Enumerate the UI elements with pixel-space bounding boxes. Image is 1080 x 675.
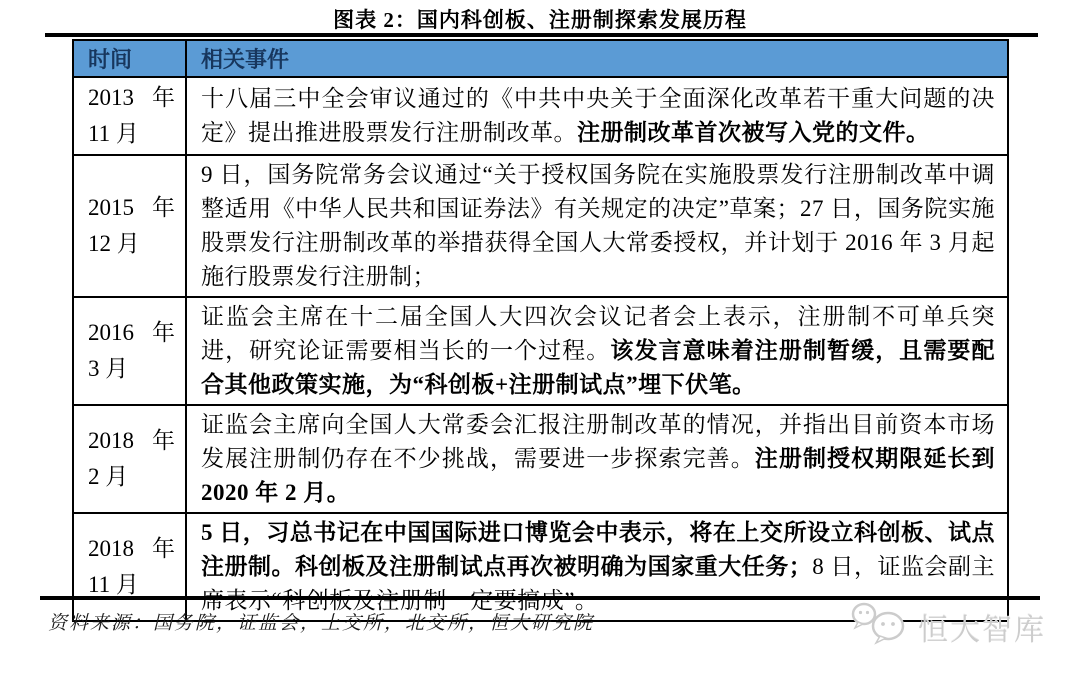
source-note: 资料来源：国务院，证监会，上交所，北交所，恒大研究院 [48, 608, 594, 635]
time-line: 2015 年 [88, 190, 175, 226]
time-line: 2018 年 [88, 423, 175, 459]
table-header-row: 时间 相关事件 [73, 40, 1008, 77]
table-row: 2015 年12 月9 日，国务院常务会议通过“关于授权国务院在实施股票发行注册… [73, 155, 1008, 297]
table-header-event: 相关事件 [186, 40, 1008, 77]
time-line: 3 月 [88, 351, 175, 387]
table-header-time: 时间 [73, 40, 186, 77]
time-line: 12 月 [88, 226, 175, 262]
top-divider [45, 33, 1038, 37]
event-cell: 证监会主席向全国人大常委会汇报注册制改革的情况，并指出目前资本市场发展注册制仍存… [186, 405, 1008, 513]
events-table: 时间 相关事件 2013 年11 月十八届三中全会审议通过的《中共中央关于全面深… [72, 39, 1009, 622]
time-line: 2 月 [88, 459, 175, 495]
time-cell: 2018 年2 月 [73, 405, 186, 513]
table-body: 2013 年11 月十八届三中全会审议通过的《中共中央关于全面深化改革若干重大问… [73, 77, 1008, 621]
brand-logo: 恒大智库 [850, 600, 1046, 653]
event-text-bold: 注册制改革首次被写入党的文件。 [577, 120, 930, 145]
time-cell: 2013 年11 月 [73, 77, 186, 155]
event-cell: 证监会主席在十二届全国人大四次会议记者会上表示，注册制不可单兵突进，研究论证需要… [186, 297, 1008, 405]
table-row: 2018 年2 月证监会主席向全国人大常委会汇报注册制改革的情况，并指出目前资本… [73, 405, 1008, 513]
report-page: 图表 2：国内科创板、注册制探索发展历程 时间 相关事件 2013 年11 月十… [0, 0, 1080, 675]
event-cell: 十八届三中全会审议通过的《中共中央关于全面深化改革若干重大问题的决定》提出推进股… [186, 77, 1008, 155]
table-row: 2016 年3 月证监会主席在十二届全国人大四次会议记者会上表示，注册制不可单兵… [73, 297, 1008, 405]
time-cell: 2016 年3 月 [73, 297, 186, 405]
time-line: 11 月 [88, 116, 175, 152]
time-cell: 2018 年11 月 [73, 513, 186, 621]
page-title: 图表 2：国内科创板、注册制探索发展历程 [0, 4, 1080, 34]
time-line: 2018 年 [88, 531, 175, 567]
table-row: 2013 年11 月十八届三中全会审议通过的《中共中央关于全面深化改革若干重大问… [73, 77, 1008, 155]
chat-bubbles-icon [850, 600, 912, 653]
time-line: 2013 年 [88, 80, 175, 116]
brand-text: 恒大智库 [918, 605, 1046, 649]
time-cell: 2015 年12 月 [73, 155, 186, 297]
event-cell: 9 日，国务院常务会议通过“关于授权国务院在实施股票发行注册制改革中调整适用《中… [186, 155, 1008, 297]
event-text: 9 日，国务院常务会议通过“关于授权国务院在实施股票发行注册制改革中调整适用《中… [201, 162, 995, 289]
time-line: 2016 年 [88, 315, 175, 351]
